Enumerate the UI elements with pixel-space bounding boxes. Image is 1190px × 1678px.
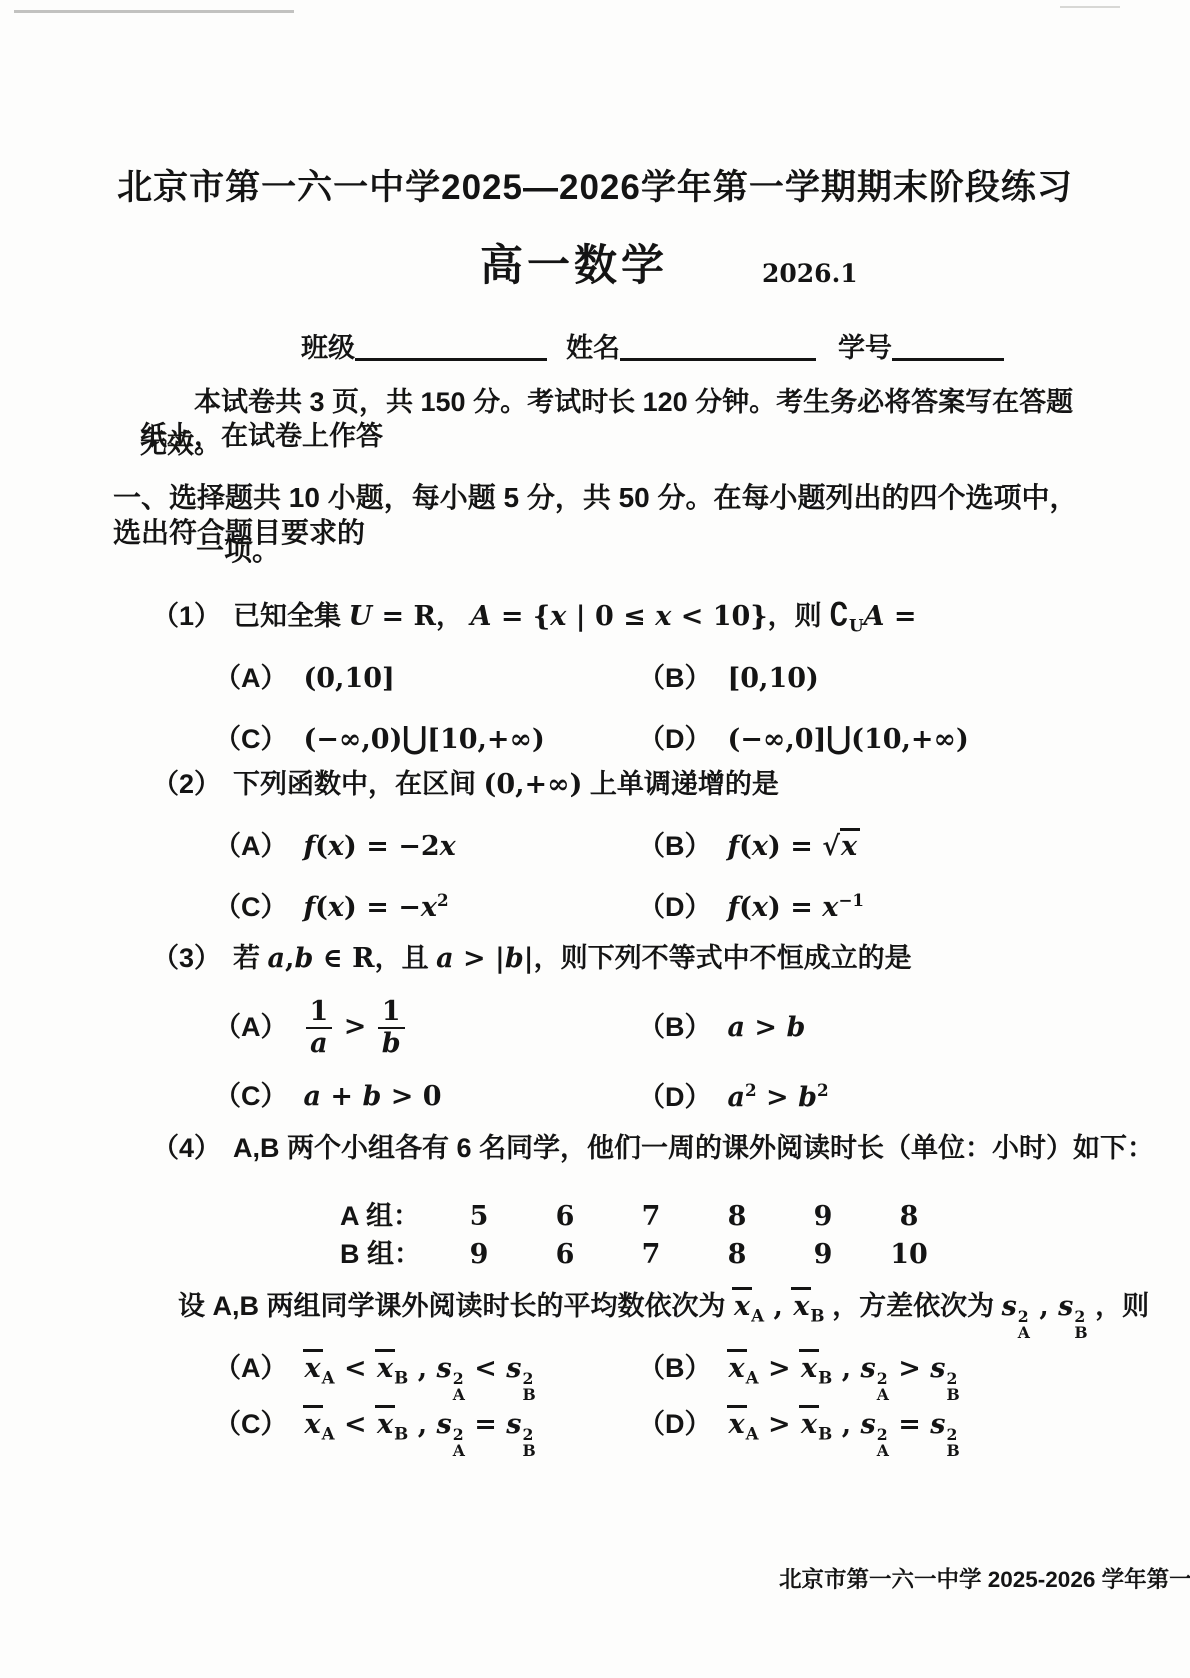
option-4d-label: （D） <box>638 1408 712 1442</box>
option-3c-label: （C） <box>214 1080 288 1114</box>
option-2b: （B）f(x) = √x <box>638 830 860 864</box>
group-b-row: B 组： 9 6 7 8 9 10 <box>340 1238 952 1272</box>
group-b-value: 8 <box>694 1238 780 1272</box>
option-2a-value: f(x) = −2x <box>304 830 456 864</box>
option-2c-label: （C） <box>214 891 288 925</box>
option-4b-label: （B） <box>638 1352 712 1386</box>
group-b-value: 6 <box>522 1238 608 1272</box>
option-3a: （A）1a > 1b <box>214 997 638 1058</box>
option-3d: （D）a2 > b2 <box>638 1080 829 1115</box>
option-2b-value: f(x) = √x <box>728 830 861 864</box>
exam-date: 2026.1 <box>762 258 858 289</box>
option-1a: （A）(0,10] <box>214 662 638 696</box>
question-3-number: （3） <box>152 943 221 973</box>
class-field-label: 班级 <box>301 333 355 363</box>
option-3b-label: （B） <box>638 1011 712 1045</box>
name-field-blank <box>620 331 816 361</box>
group-b-value: 7 <box>608 1238 694 1272</box>
group-b-label: B 组： <box>340 1238 436 1272</box>
scan-artifact-mark <box>1060 6 1120 8</box>
question-4-options-cd: （C）xA < xB , s2A = s2B （D）xA > xB , s2A … <box>214 1408 960 1458</box>
group-b-value: 10 <box>866 1238 952 1272</box>
question-3-stem: （3）若 a,b ∈ R，且 a > |b|，则下列不等式中不恒成立的是 <box>152 942 912 976</box>
question-4-options-ab: （A）xA < xB , s2A < s2B （B）xA > xB , s2A … <box>214 1352 960 1402</box>
question-2-options-cd: （C）f(x) = −x2 （D）f(x) = x−1 <box>214 890 864 925</box>
option-1c-value: (−∞,0)⋃[10,+∞) <box>304 720 545 758</box>
question-3-options-cd: （C）a + b > 0 （D）a2 > b2 <box>214 1080 829 1115</box>
option-4a: （A）xA < xB , s2A < s2B <box>214 1352 638 1402</box>
option-3b-value: a > b <box>728 1011 806 1045</box>
option-1d: （D）(−∞,0]⋃(10,+∞) <box>638 720 969 758</box>
group-a-value: 7 <box>608 1200 694 1234</box>
option-4c-value: xA < xB , s2A = s2B <box>304 1408 536 1458</box>
group-a-value: 5 <box>436 1200 522 1234</box>
name-field: 姓名 <box>566 331 816 366</box>
question-1-options-ab: （A）(0,10] （B）[0,10) <box>214 662 819 696</box>
group-b-value: 9 <box>436 1238 522 1272</box>
group-a-label: A 组： <box>340 1200 436 1234</box>
id-field-blank <box>892 331 1004 361</box>
option-1b-value: [0,10) <box>728 662 819 696</box>
question-3-text: 若 a,b ∈ R，且 a > |b|，则下列不等式中不恒成立的是 <box>233 943 912 973</box>
group-b-value: 9 <box>780 1238 866 1272</box>
option-4c-label: （C） <box>214 1408 288 1442</box>
option-4d: （D）xA > xB , s2A = s2B <box>638 1408 960 1458</box>
option-1d-value: (−∞,0]⋃(10,+∞) <box>728 720 969 758</box>
question-2-number: （2） <box>152 769 221 799</box>
question-1-number: （1） <box>152 601 221 631</box>
page-footer: 北京市第一六一中学 2025-2026 学年第一学 <box>779 1566 1190 1594</box>
question-1-options-cd: （C）(−∞,0)⋃[10,+∞) （D）(−∞,0]⋃(10,+∞) <box>214 720 969 758</box>
option-4b-value: xA > xB , s2A > s2B <box>728 1352 960 1402</box>
question-1-stem: （1）已知全集 U = R， A = {x | 0 ≤ x < 10}，则 ∁U… <box>152 596 917 636</box>
option-3a-value: 1a > 1b <box>304 997 407 1058</box>
option-3c: （C）a + b > 0 <box>214 1080 638 1115</box>
option-3a-label: （A） <box>214 1011 288 1045</box>
section-one-header-cont: 一项。 <box>196 533 1171 568</box>
group-a-row: A 组： 5 6 7 8 9 8 <box>340 1200 952 1234</box>
option-2c-value: f(x) = −x2 <box>304 890 449 925</box>
option-2d: （D）f(x) = x−1 <box>638 890 864 925</box>
exam-paper-page: 北京市第一六一中学2025—2026学年第一学期期末阶段练习 高一数学 2026… <box>0 0 1190 1678</box>
exam-title: 北京市第一六一中学2025—2026学年第一学期期末阶段练习 <box>0 166 1190 210</box>
option-2a: （A）f(x) = −2x <box>214 830 638 864</box>
id-field-label: 学号 <box>838 333 892 363</box>
class-field-blank <box>355 331 547 361</box>
option-1a-label: （A） <box>214 662 288 696</box>
id-field: 学号 <box>838 331 1004 366</box>
question-4-setline: 设 A,B 两组同学课外阅读时长的平均数依次为 xA , xB ，方差依次为 s… <box>178 1290 1149 1340</box>
student-info-row: 班级 <box>301 331 547 366</box>
question-1-text: 已知全集 U = R， A = {x | 0 ≤ x < 10}，则 ∁UA = <box>233 601 917 631</box>
option-4d-value: xA > xB , s2A = s2B <box>728 1408 960 1458</box>
option-1c-label: （C） <box>214 723 288 757</box>
option-2c: （C）f(x) = −x2 <box>214 890 638 925</box>
question-3-options-ab: （A）1a > 1b （B）a > b <box>214 995 805 1061</box>
question-4-stem: （4）A,B 两个小组各有 6 名同学，他们一周的课外阅读时长（单位：小时）如下… <box>152 1132 1154 1166</box>
question-2-options-ab: （A）f(x) = −2x （B）f(x) = √x <box>214 830 860 864</box>
scan-artifact-line <box>14 10 294 13</box>
option-4a-label: （A） <box>214 1352 288 1386</box>
exam-notice-line2: 无效。 <box>140 428 1085 462</box>
option-1b-label: （B） <box>638 662 712 696</box>
option-4b: （B）xA > xB , s2A > s2B <box>638 1352 960 1402</box>
option-2a-label: （A） <box>214 830 288 864</box>
option-1a-value: (0,10] <box>304 662 395 696</box>
name-field-label: 姓名 <box>566 333 620 363</box>
option-2d-label: （D） <box>638 891 712 925</box>
option-3b: （B）a > b <box>638 1011 805 1045</box>
question-4-text: A,B 两个小组各有 6 名同学，他们一周的课外阅读时长（单位：小时）如下： <box>233 1133 1154 1163</box>
option-1b: （B）[0,10) <box>638 662 819 696</box>
group-a-value: 8 <box>694 1200 780 1234</box>
group-a-value: 9 <box>780 1200 866 1234</box>
option-3d-value: a2 > b2 <box>728 1080 829 1115</box>
option-3d-label: （D） <box>638 1081 712 1115</box>
option-1d-label: （D） <box>638 723 712 757</box>
option-2d-value: f(x) = x−1 <box>728 890 865 925</box>
question-2-text: 下列函数中，在区间 (0,+∞) 上单调递增的是 <box>233 769 779 799</box>
option-4a-value: xA < xB , s2A < s2B <box>304 1352 536 1402</box>
group-a-value: 8 <box>866 1200 952 1234</box>
exam-subject: 高一数学 <box>480 240 668 294</box>
option-2b-label: （B） <box>638 830 712 864</box>
option-3c-value: a + b > 0 <box>304 1080 442 1114</box>
question-2-stem: （2）下列函数中，在区间 (0,+∞) 上单调递增的是 <box>152 768 779 802</box>
option-4c: （C）xA < xB , s2A = s2B <box>214 1408 638 1458</box>
question-4-number: （4） <box>152 1133 221 1163</box>
group-a-value: 6 <box>522 1200 608 1234</box>
option-1c: （C）(−∞,0)⋃[10,+∞) <box>214 720 638 758</box>
